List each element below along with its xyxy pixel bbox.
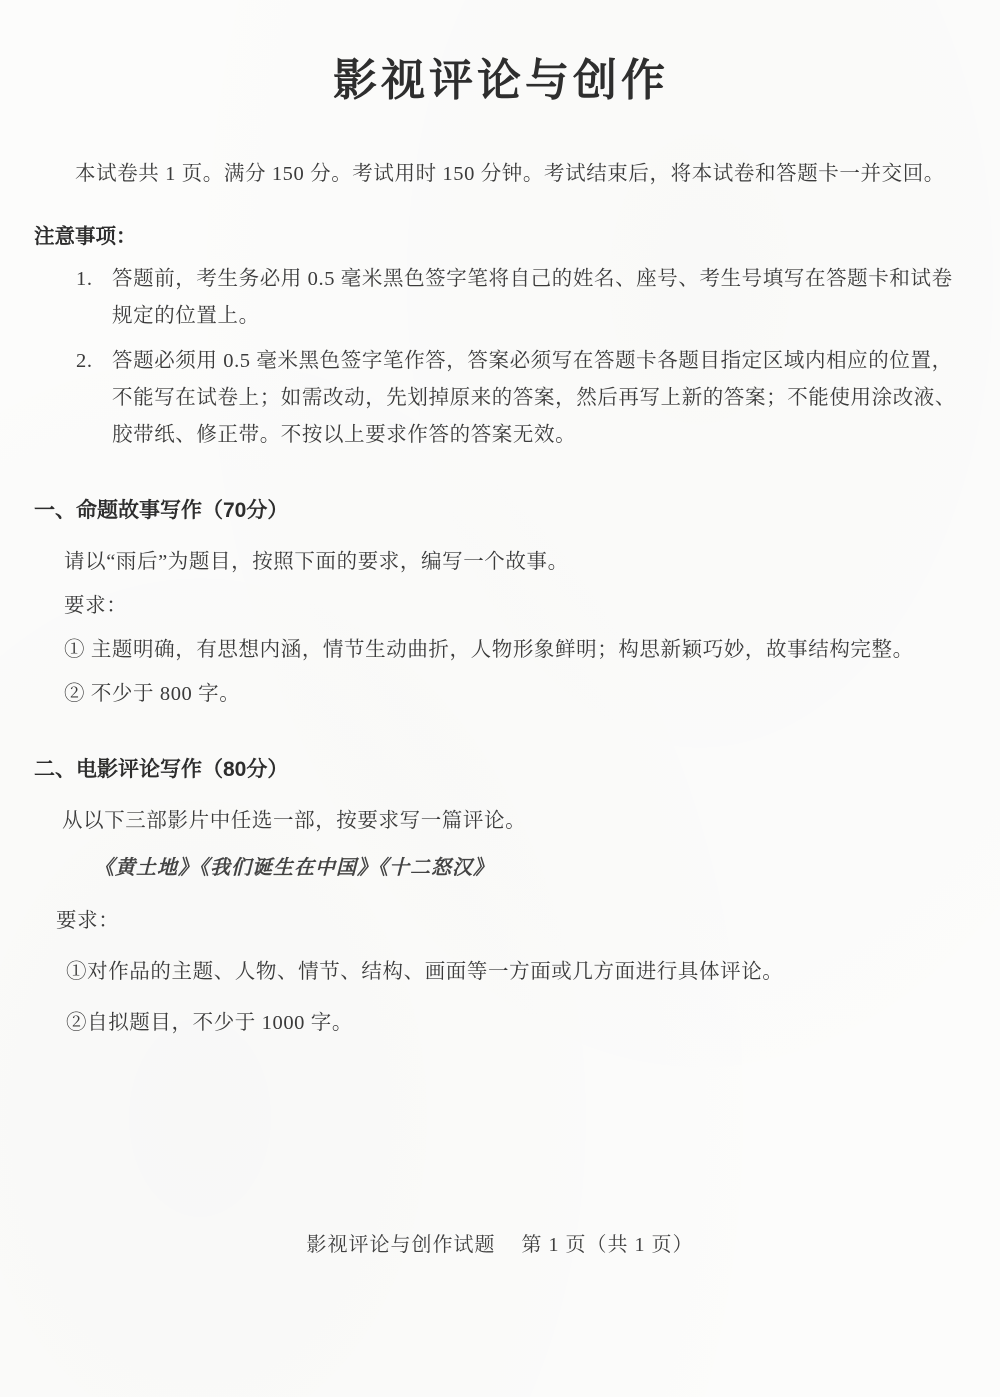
page-footer: 影视评论与创作试题第 1 页（共 1 页） — [0, 1228, 1000, 1257]
section1-requirement-2: ② 不少于 800 字。 — [64, 676, 968, 713]
page-title: 影视评论与创作 — [34, 44, 968, 108]
paper-content: 影视评论与创作 本试卷共 1 页。满分 150 分。考试用时 150 分钟。考试… — [0, 0, 1000, 1042]
section2-heading: 二、电影评论写作（80分） — [34, 753, 968, 783]
notice-item-1-number: 1. — [76, 261, 112, 335]
intro-paragraph: 本试卷共 1 页。满分 150 分。考试用时 150 分钟。考试结束后，将本试卷… — [34, 156, 968, 193]
section-story-writing: 一、命题故事写作（70分） 请以“雨后”为题目，按照下面的要求，编写一个故事。 … — [34, 494, 968, 713]
section-film-review: 二、电影评论写作（80分） 从以下三部影片中任选一部，按要求写一篇评论。 《黄土… — [34, 753, 968, 1042]
section1-requirements-label: 要求： — [64, 588, 968, 625]
exam-paper: 影视评论与创作 本试卷共 1 页。满分 150 分。考试用时 150 分钟。考试… — [0, 0, 1000, 1397]
notice-item-2: 2. 答题必须用 0.5 毫米黑色签字笔作答，答案必须写在答题卡各题目指定区域内… — [34, 343, 968, 454]
section2-body: 从以下三部影片中任选一部，按要求写一篇评论。 《黄土地》《我们诞生在中国》《十二… — [34, 803, 968, 1042]
notice-item-1-text: 答题前，考生务必用 0.5 毫米黑色签字笔将自己的姓名、座号、考生号填写在答题卡… — [112, 261, 968, 335]
section1-heading: 一、命题故事写作（70分） — [34, 494, 968, 524]
section1-body: 请以“雨后”为题目，按照下面的要求，编写一个故事。 要求： ① 主题明确，有思想… — [34, 544, 968, 713]
section1-requirement-1: ① 主题明确，有思想内涵，情节生动曲折，人物形象鲜明；构思新颖巧妙，故事结构完整… — [64, 632, 968, 669]
footer-paper-name: 影视评论与创作试题 — [307, 1234, 496, 1256]
section2-requirements-label: 要求： — [48, 903, 968, 940]
notice-item-2-text: 答题必须用 0.5 毫米黑色签字笔作答，答案必须写在答题卡各题目指定区域内相应的… — [112, 343, 968, 454]
section2-prompt: 从以下三部影片中任选一部，按要求写一篇评论。 — [48, 803, 968, 840]
section2-film-list: 《黄土地》《我们诞生在中国》《十二怒汉》 — [48, 850, 968, 887]
section2-requirement-2: ②自拟题目，不少于 1000 字。 — [48, 1005, 968, 1042]
notice-item-2-number: 2. — [76, 343, 112, 454]
notice-item-1: 1. 答题前，考生务必用 0.5 毫米黑色签字笔将自己的姓名、座号、考生号填写在… — [34, 261, 968, 335]
section2-requirement-1: ①对作品的主题、人物、情节、结构、画面等一方面或几方面进行具体评论。 — [48, 954, 968, 991]
notice-section: 注意事项： 1. 答题前，考生务必用 0.5 毫米黑色签字笔将自己的姓名、座号、… — [34, 219, 968, 454]
notice-heading: 注意事项： — [34, 219, 968, 249]
footer-page-number: 第 1 页（共 1 页） — [522, 1234, 694, 1256]
section1-prompt: 请以“雨后”为题目，按照下面的要求，编写一个故事。 — [64, 544, 968, 581]
